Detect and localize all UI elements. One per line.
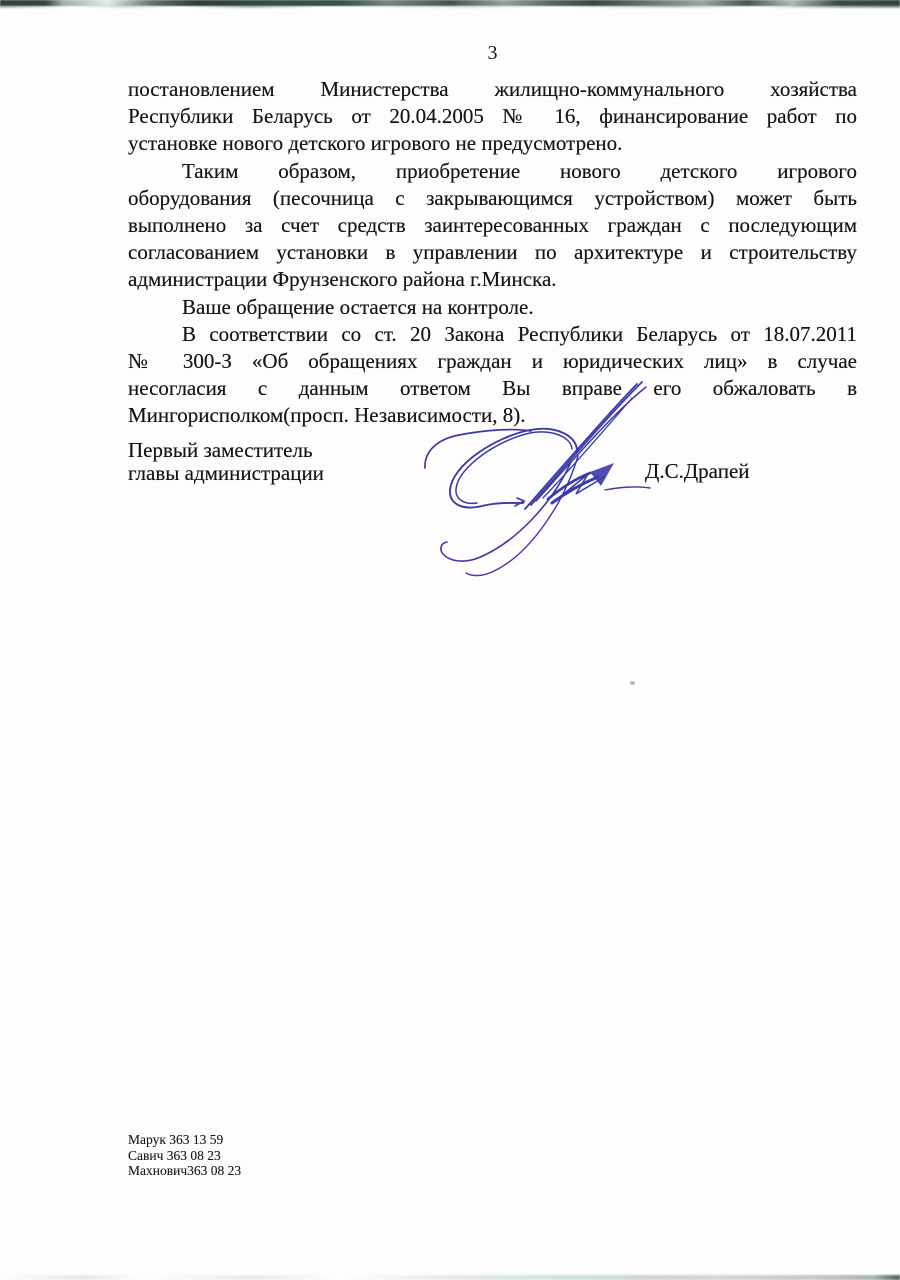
handwritten-signature	[395, 368, 665, 586]
text-line: Республики Беларусь от 20.04.2005 № 16, …	[128, 103, 857, 130]
text-line: согласованием установки в управлении по …	[128, 239, 857, 266]
footer-contact-line: Савич 363 08 23	[128, 1148, 241, 1164]
signatory-title: Первый заместитель главы администрации	[128, 439, 324, 485]
scanner-edge-artifact-bottom	[0, 1275, 900, 1280]
scan-speck	[630, 681, 635, 685]
signatory-title-line2: главы администрации	[128, 462, 324, 485]
footer-contacts: Марук 363 13 59Савич 363 08 23Махнович36…	[128, 1132, 241, 1179]
text-line: Таким образом, приобретение нового детск…	[128, 158, 857, 185]
text-line: оборудования (песочница с закрывающимся …	[128, 185, 857, 212]
text-line: Ваше обращение остается на контроле.	[128, 294, 857, 321]
text-line: администрации Фрунзенского района г.Минс…	[128, 266, 857, 293]
footer-contact-line: Марук 363 13 59	[128, 1132, 241, 1148]
scanner-edge-artifact-top-fade	[0, 5, 900, 8]
text-line: постановлением Министерства жилищно-комм…	[128, 76, 857, 103]
text-line: В соответствии со ст. 20 Закона Республи…	[128, 321, 857, 348]
text-line: установке нового детского игрового не пр…	[128, 130, 857, 157]
footer-contact-line: Махнович363 08 23	[128, 1163, 241, 1179]
page-number: 3	[128, 42, 857, 65]
scanned-document-page: 3 постановлением Министерства жилищно-ко…	[0, 0, 900, 1280]
text-line: выполнено за счет средств заинтересованн…	[128, 212, 857, 239]
signature-ink	[425, 382, 650, 576]
signer-name: Д.С.Драпей	[645, 459, 750, 484]
signatory-title-line1: Первый заместитель	[128, 439, 324, 462]
